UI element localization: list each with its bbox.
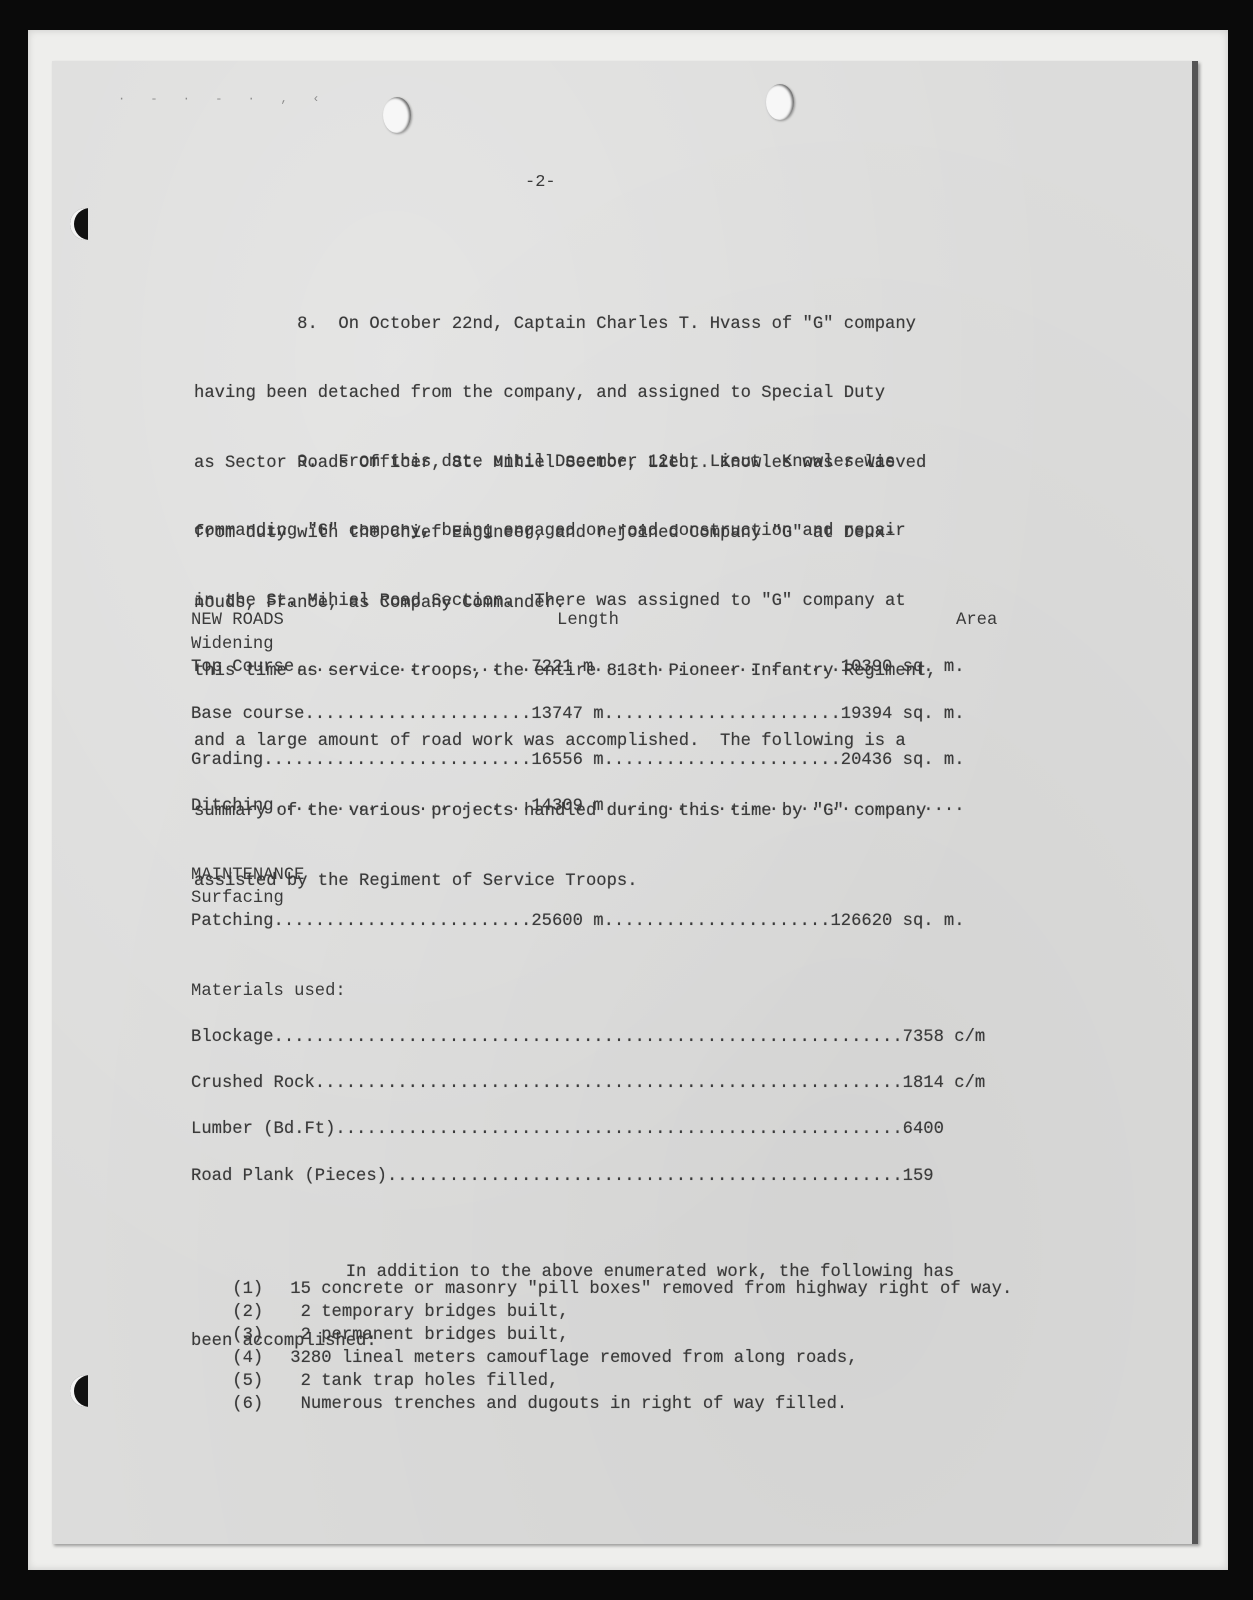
margin-marks: · - · - · ‚ ‹ <box>118 92 329 106</box>
table-row-lumber: Lumber (Bd.Ft)..........................… <box>191 1120 944 1139</box>
table-row-top-course: Top Course.......................7221 m.… <box>191 658 965 677</box>
page-number: -2- <box>525 173 556 192</box>
table-row-patching: Patching.........................25600 m… <box>191 912 965 931</box>
area-column-header: Area <box>956 611 997 630</box>
surfacing-subheading: Surfacing <box>191 889 284 908</box>
text-line: having been detached from the company, a… <box>194 382 926 405</box>
table-row-road-plank: Road Plank (Pieces).....................… <box>191 1167 934 1186</box>
table-row-blockage: Blockage................................… <box>191 1028 985 1047</box>
text-line: and a large amount of road work was acco… <box>194 730 937 753</box>
list-text: Numerous trenches and dugouts in right o… <box>290 1395 847 1414</box>
text-line: 8. On October 22nd, Captain Charles T. H… <box>194 313 926 336</box>
text-line: assisted by the Regiment of Service Troo… <box>194 870 937 893</box>
table-row-crushed-rock: Crushed Rock............................… <box>191 1074 985 1093</box>
list-number: (6) <box>232 1395 290 1414</box>
widening-subheading: Widening <box>191 635 274 654</box>
table-row-ditching: Ditching.........................14309 m… <box>191 797 965 816</box>
text-line: commanding "G" company, being engaged on… <box>194 520 937 543</box>
materials-heading: Materials used: <box>191 982 346 1001</box>
text-line: 9. From this date until December 12th, L… <box>194 451 937 474</box>
table-row-base-course: Base course......................13747 m… <box>191 705 965 724</box>
list-item: (6) Numerous trenches and dugouts in rig… <box>191 1376 847 1433</box>
length-column-header: Length <box>557 611 619 630</box>
punch-hole-icon <box>383 97 411 133</box>
punch-hole-icon <box>766 84 794 120</box>
new-roads-heading: NEW ROADS <box>191 611 284 630</box>
table-row-grading: Grading..........................16556 m… <box>191 751 965 770</box>
scanned-document: WHITE COTTON CONTENT · - · - · ‚ ‹ -2- 8… <box>0 0 1253 1600</box>
maintenance-heading: MAINTENANCE <box>191 866 304 885</box>
